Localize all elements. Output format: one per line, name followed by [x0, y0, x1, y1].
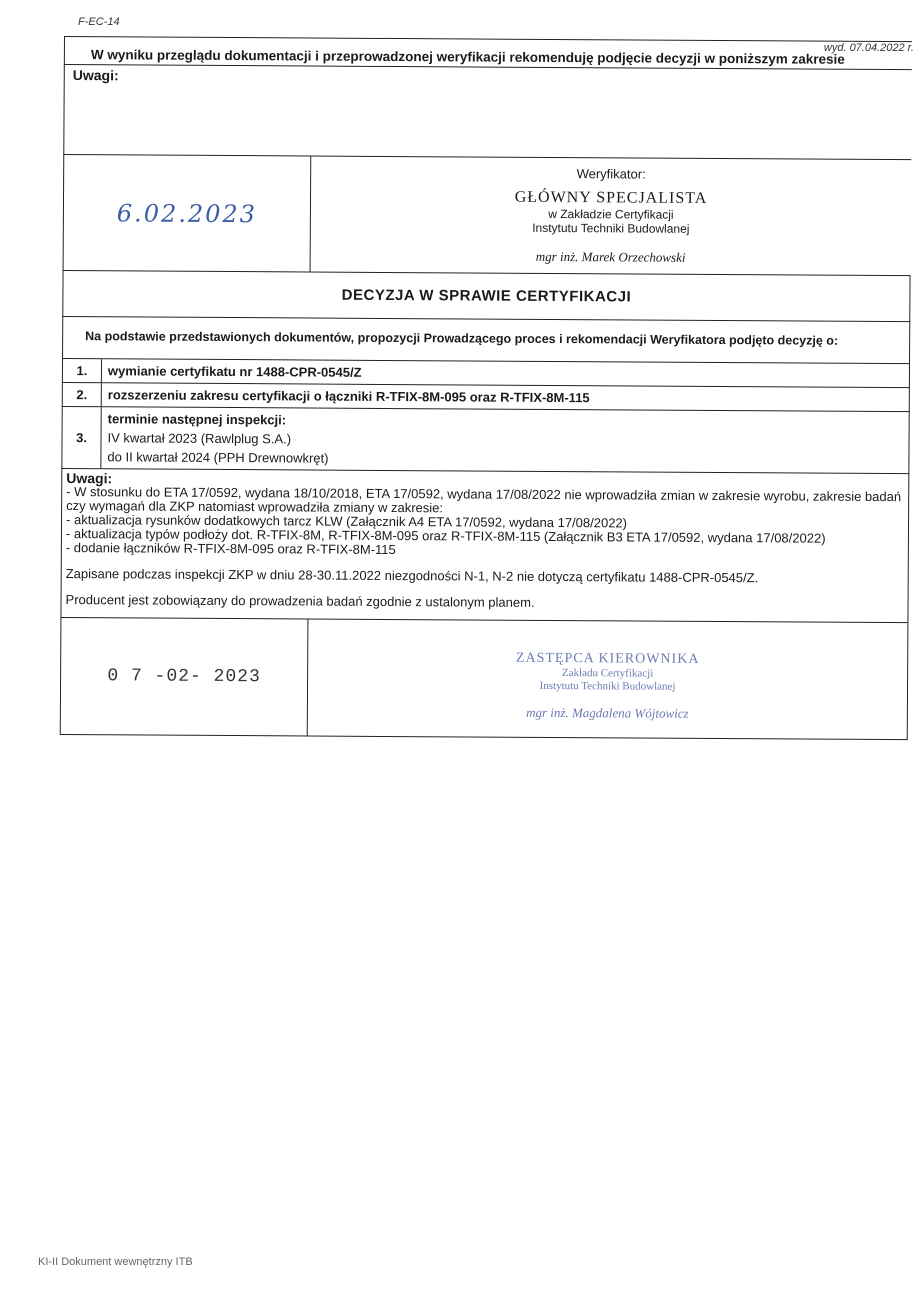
item-title: rozszerzeniu zakresu certyfikacji o łącz… [108, 387, 590, 405]
approval-date-stamp: 0 7 -02- 2023 [107, 666, 261, 687]
approval-date-cell: 0 7 -02- 2023 [61, 618, 309, 736]
item-line: do II kwartał 2024 (PPH Drewnowkręt) [107, 447, 902, 471]
decision-notes: Uwagi: - W stosunku do ETA 17/0592, wyda… [60, 468, 909, 622]
item-number: 1. [63, 359, 102, 382]
verifier-stamp-line2: Instytutu Techniki Budowlanej [311, 220, 911, 238]
verification-date-cell: 6.02.2023 [64, 155, 312, 272]
approver-stamp: ZASTĘPCA KIEROWNIKA Zakładu Certyfikacji… [308, 620, 908, 740]
form-code: F-EC-14 [78, 16, 120, 28]
item-title: wymianie certyfikatu nr 1488-CPR-0545/Z [108, 363, 362, 380]
decision-item: 3. terminie następnej inspekcji: IV kwar… [61, 406, 909, 473]
decision-title: DECYZJA W SPRAWIE CERTYFIKACJI [62, 270, 910, 321]
decision-items: 1. wymianie certyfikatu nr 1488-CPR-0545… [61, 358, 910, 473]
verifier-label: Weryfikator: [311, 165, 911, 184]
item-title: terminie następnej inspekcji: [108, 411, 287, 427]
item-number: 2. [63, 383, 102, 406]
approver-name: mgr inż. Magdalena Wójtowicz [308, 704, 907, 724]
recommendation-notes: Uwagi: [63, 64, 912, 159]
recommendation-intro: W wyniku przeglądu dokumentacji i przepr… [65, 37, 912, 67]
verifier-name: mgr inż. Marek Orzechowski [311, 248, 911, 268]
verifier-stamp: Weryfikator: GŁÓWNY SPECJALISTA w Zakład… [311, 157, 912, 276]
item-number: 3. [62, 407, 101, 468]
certification-form: W wyniku przeglądu dokumentacji i przepr… [60, 36, 912, 740]
decision-intro: Na podstawie przedstawionych dokumentów,… [62, 316, 910, 363]
approval-row: 0 7 -02- 2023 ZASTĘPCA KIEROWNIKA Zakład… [60, 617, 909, 740]
footer-text: KI-II Dokument wewnętrzny ITB [38, 1256, 193, 1268]
verification-date: 6.02.2023 [117, 199, 257, 228]
verification-row: 6.02.2023 Weryfikator: GŁÓWNY SPECJALIST… [63, 154, 912, 275]
notes-label: Uwagi: [65, 65, 912, 90]
approver-stamp-line2: Instytutu Techniki Budowlanej [308, 679, 907, 696]
